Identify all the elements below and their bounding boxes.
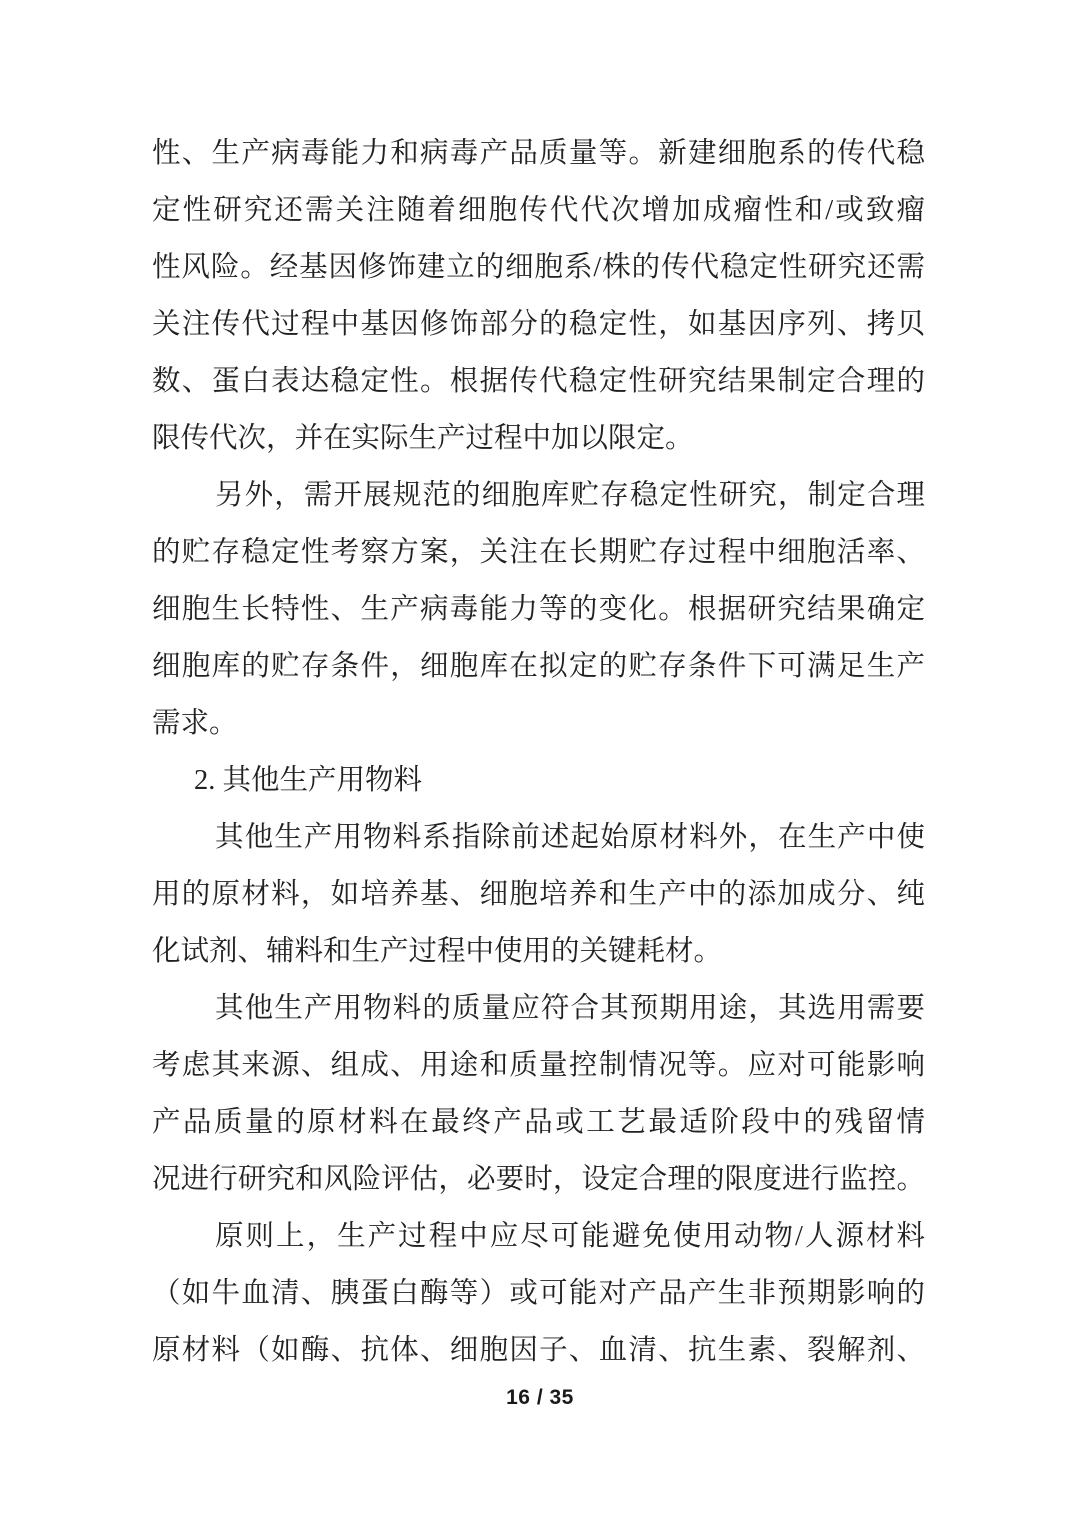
text-line: 用的原材料，如培养基、细胞培养和生产中的添加成分、纯 xyxy=(152,866,925,923)
text-line: 原则上，生产过程中应尽可能避免使用动物/人源材料 xyxy=(152,1208,925,1265)
text-line: 定性研究还需关注随着细胞传代代次增加成瘤性和/或致瘤 xyxy=(152,182,925,239)
text-line: 考虑其来源、组成、用途和质量控制情况等。应对可能影响 xyxy=(152,1037,925,1094)
text-line: 性风险。经基因修饰建立的细胞系/株的传代稳定性研究还需 xyxy=(152,239,925,296)
text-line: 另外，需开展规范的细胞库贮存稳定性研究，制定合理 xyxy=(152,467,925,524)
text-line: 细胞生长特性、生产病毒能力等的变化。根据研究结果确定 xyxy=(152,581,925,638)
document-body: 性、生产病毒能力和病毒产品质量等。新建细胞系的传代稳定性研究还需关注随着细胞传代… xyxy=(152,125,925,1379)
text-line: 其他生产用物料的质量应符合其预期用途，其选用需要 xyxy=(152,980,925,1037)
text-line: 数、蛋白表达稳定性。根据传代稳定性研究结果制定合理的 xyxy=(152,353,925,410)
text-line: 关注传代过程中基因修饰部分的稳定性，如基因序列、拷贝 xyxy=(152,296,925,353)
text-line: 其他生产用物料系指除前述起始原材料外，在生产中使 xyxy=(152,809,925,866)
section-heading: 2. 其他生产用物料 xyxy=(152,752,925,809)
page-footer: 16 / 35 xyxy=(0,1386,1080,1410)
text-line: （如牛血清、胰蛋白酶等）或可能对产品产生非预期影响的 xyxy=(152,1265,925,1322)
text-line: 原材料（如酶、抗体、细胞因子、血清、抗生素、裂解剂、 xyxy=(152,1322,925,1379)
page-number: 16 / 35 xyxy=(506,1386,574,1409)
text-line: 需求。 xyxy=(152,695,925,752)
text-line: 细胞库的贮存条件，细胞库在拟定的贮存条件下可满足生产 xyxy=(152,638,925,695)
text-line: 性、生产病毒能力和病毒产品质量等。新建细胞系的传代稳 xyxy=(152,125,925,182)
text-line: 化试剂、辅料和生产过程中使用的关键耗材。 xyxy=(152,923,925,980)
text-line: 产品质量的原材料在最终产品或工艺最适阶段中的残留情 xyxy=(152,1094,925,1151)
text-line: 限传代次，并在实际生产过程中加以限定。 xyxy=(152,410,925,467)
text-line: 的贮存稳定性考察方案，关注在长期贮存过程中细胞活率、 xyxy=(152,524,925,581)
document-page: 性、生产病毒能力和病毒产品质量等。新建细胞系的传代稳定性研究还需关注随着细胞传代… xyxy=(0,0,1080,1527)
text-line: 况进行研究和风险评估，必要时，设定合理的限度进行监控。 xyxy=(152,1151,925,1208)
